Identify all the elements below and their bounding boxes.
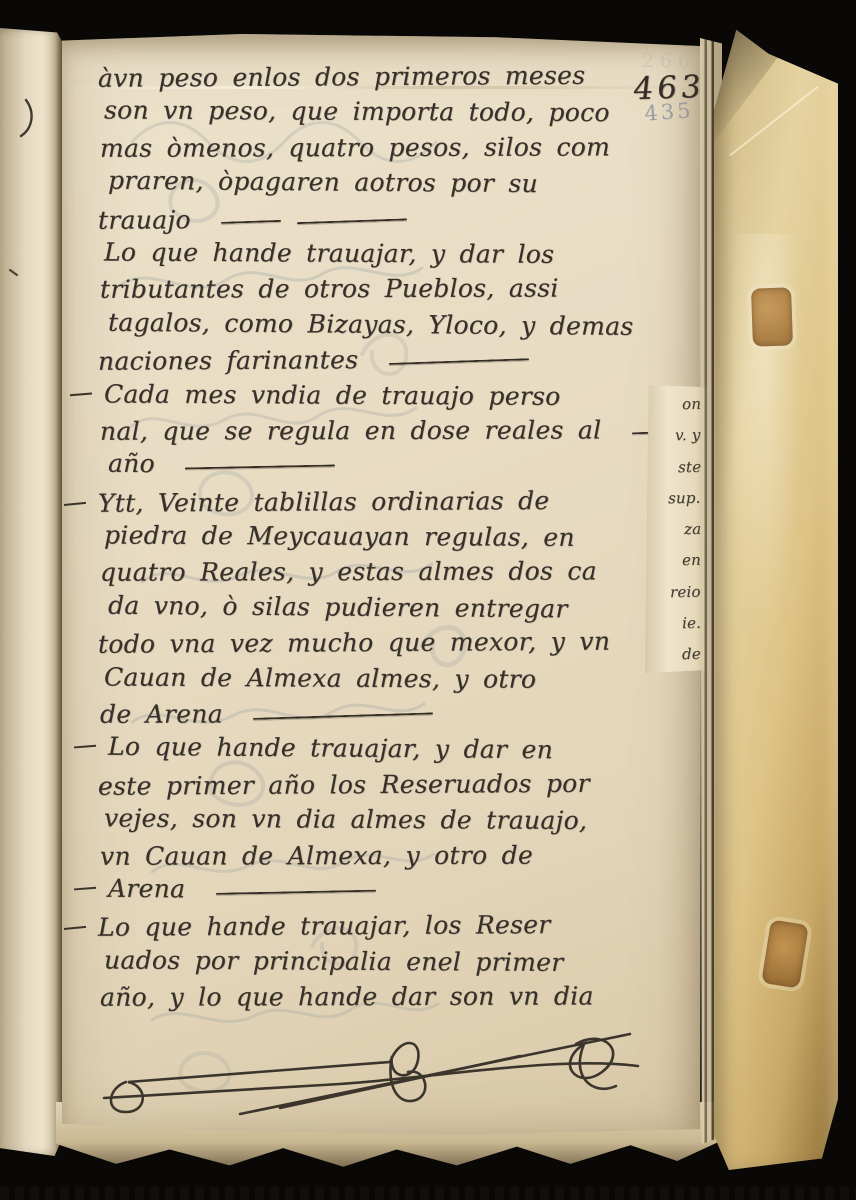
manuscript-line: tagalos, como Bizayas, Yloco, y demas xyxy=(108,305,682,345)
manuscript-line-text: quatro Reales, y estas almes dos ca xyxy=(100,557,597,587)
manuscript-page: 266 463 435 àvn peso enlos dos primeros … xyxy=(62,34,702,1138)
manuscript-line: praren, òpagaren aotros por su xyxy=(108,164,682,204)
vellum-repair-patch-top xyxy=(751,287,793,346)
manuscript-line-text: uados por principalia enel primer xyxy=(104,945,564,976)
manuscript-line-text: Cauan de Almexa almes, y otro xyxy=(104,662,536,693)
manuscript-line-text: Lo que hande trauajar, y dar los xyxy=(104,237,554,268)
manuscript-line: Cauan de Almexa almes, y otro xyxy=(104,660,682,698)
manuscript-line-text: àvn peso enlos dos primeros meses xyxy=(98,61,586,93)
manuscript-line-text: este primer año los Reseruados por xyxy=(98,769,590,801)
torn-next-page-strip: on v. y ste sup. za en reio ie. de xyxy=(645,385,707,673)
manuscript-line: son vn peso, que importa todo, poco xyxy=(104,94,682,132)
previous-page-edge xyxy=(0,28,62,1156)
manuscript-line-text: naciones farinantes xyxy=(98,345,358,376)
manuscript-line: Lo que hande trauajar, y dar los xyxy=(104,235,682,273)
manuscript-line-text: tributantes de otros Pueblos, assi xyxy=(100,274,559,304)
manuscript-line: de Arena xyxy=(100,696,682,733)
manuscript-line-text: de Arena xyxy=(100,699,223,728)
manuscript-line: piedra de Meycauayan regulas, en xyxy=(104,519,682,557)
manuscript-line: tributantes de otros Pueblos, assi xyxy=(100,272,682,309)
next-page-word-fragment: en xyxy=(682,551,701,569)
next-page-word-fragment: ie. xyxy=(682,614,701,632)
manuscript-line-text: piedra de Meycauayan regulas, en xyxy=(104,521,575,552)
manuscript-line: este primer año los Reseruados por xyxy=(98,766,682,805)
book-photograph: 266 463 435 àvn peso enlos dos primeros … xyxy=(0,0,856,1200)
manuscript-line-text: Cada mes vndia de trauajo perso xyxy=(104,379,561,410)
manuscript-line: Cada mes vndia de trauajo perso xyxy=(104,377,682,415)
manuscript-text-block: àvn peso enlos dos primeros meses son vn… xyxy=(98,60,682,1016)
manuscript-line-text: Lo que hande trauajar, los Reser xyxy=(98,910,551,942)
manuscript-line-text: todo vna vez mucho que mexor, y vn xyxy=(98,627,610,659)
manuscript-line-text: Arena xyxy=(108,874,186,904)
manuscript-line: àvn peso enlos dos primeros meses xyxy=(98,58,682,97)
manuscript-line-text: Ytt, Veinte tablillas ordinarias de xyxy=(98,486,550,518)
manuscript-line-text: año xyxy=(108,449,155,478)
manuscript-line-text: praren, òpagaren aotros por su xyxy=(108,166,538,198)
dash-filler xyxy=(372,344,528,374)
prev-page-ink-marks xyxy=(2,88,42,308)
next-page-word-fragment: de xyxy=(682,645,701,663)
margin-dash xyxy=(74,745,96,749)
cover-fold-shadow xyxy=(714,24,803,142)
manuscript-line: trauajo xyxy=(98,200,682,239)
next-page-word-fragment: za xyxy=(684,520,702,538)
manuscript-line-text: año, y lo que hande dar son vn dia xyxy=(100,982,594,1012)
manuscript-line: uados por principalia enel primer xyxy=(104,943,682,981)
manuscript-line: quatro Reales, y estas almes dos ca xyxy=(100,555,682,592)
next-page-word-fragment: v. y xyxy=(675,426,701,444)
manuscript-line-text: Lo que hande trauajar, y dar en xyxy=(108,732,553,764)
dash-filler xyxy=(199,874,375,904)
next-page-word-fragment: sup. xyxy=(668,488,701,507)
scribal-flourish xyxy=(90,1026,656,1122)
dash-filler xyxy=(205,203,407,233)
manuscript-line: naciones farinantes xyxy=(98,341,682,380)
margin-dash xyxy=(64,502,86,506)
next-page-word-fragment: reio xyxy=(670,582,701,601)
manuscript-line-text: mas òmenos, quatro pesos, silos com xyxy=(100,132,610,162)
margin-dash xyxy=(64,926,86,930)
manuscript-line: año, y lo que hande dar son vn dia xyxy=(100,979,682,1016)
manuscript-line: Ytt, Veinte tablillas ordinarias de xyxy=(98,483,682,522)
vellum-cover xyxy=(714,24,838,1170)
manuscript-line-text: vn Cauan de Almexa, y otro de xyxy=(100,840,533,870)
manuscript-line: año xyxy=(108,447,682,487)
manuscript-line: todo vna vez mucho que mexor, y vn xyxy=(98,624,682,663)
manuscript-line: nal, que se regula en dose reales al xyxy=(100,413,682,450)
manuscript-line: Lo que hande trauajar, y dar en xyxy=(108,730,682,770)
manuscript-line-text: tagalos, como Bizayas, Yloco, y demas xyxy=(108,307,634,340)
manuscript-line-text: son vn peso, que importa todo, poco xyxy=(104,96,610,128)
margin-dash xyxy=(70,392,92,396)
manuscript-line-text: vejes, son vn dia almes de trauajo, xyxy=(104,804,587,836)
manuscript-line: vejes, son vn dia almes de trauajo, xyxy=(104,802,682,840)
manuscript-line-text: nal, que se regula en dose reales al xyxy=(100,415,601,445)
next-page-word-fragment: ste xyxy=(678,457,702,475)
next-page-word-fragment: on xyxy=(682,395,701,413)
manuscript-line-text: trauajo xyxy=(98,205,191,235)
manuscript-line: Lo que hande trauajar, los Reser xyxy=(98,908,682,947)
margin-dash xyxy=(74,887,96,891)
manuscript-line: da vno, ò silas pudieren entregar xyxy=(108,589,682,629)
manuscript-line: vn Cauan de Almexa, y otro de xyxy=(100,838,682,875)
manuscript-line: mas òmenos, quatro pesos, silos com xyxy=(100,130,682,167)
backdrop-fabric-texture xyxy=(0,1187,856,1200)
manuscript-line: Arena xyxy=(108,872,682,912)
dash-filler xyxy=(237,699,433,729)
manuscript-line-text: da vno, ò silas pudieren entregar xyxy=(108,591,568,624)
dash-filler xyxy=(169,450,335,480)
